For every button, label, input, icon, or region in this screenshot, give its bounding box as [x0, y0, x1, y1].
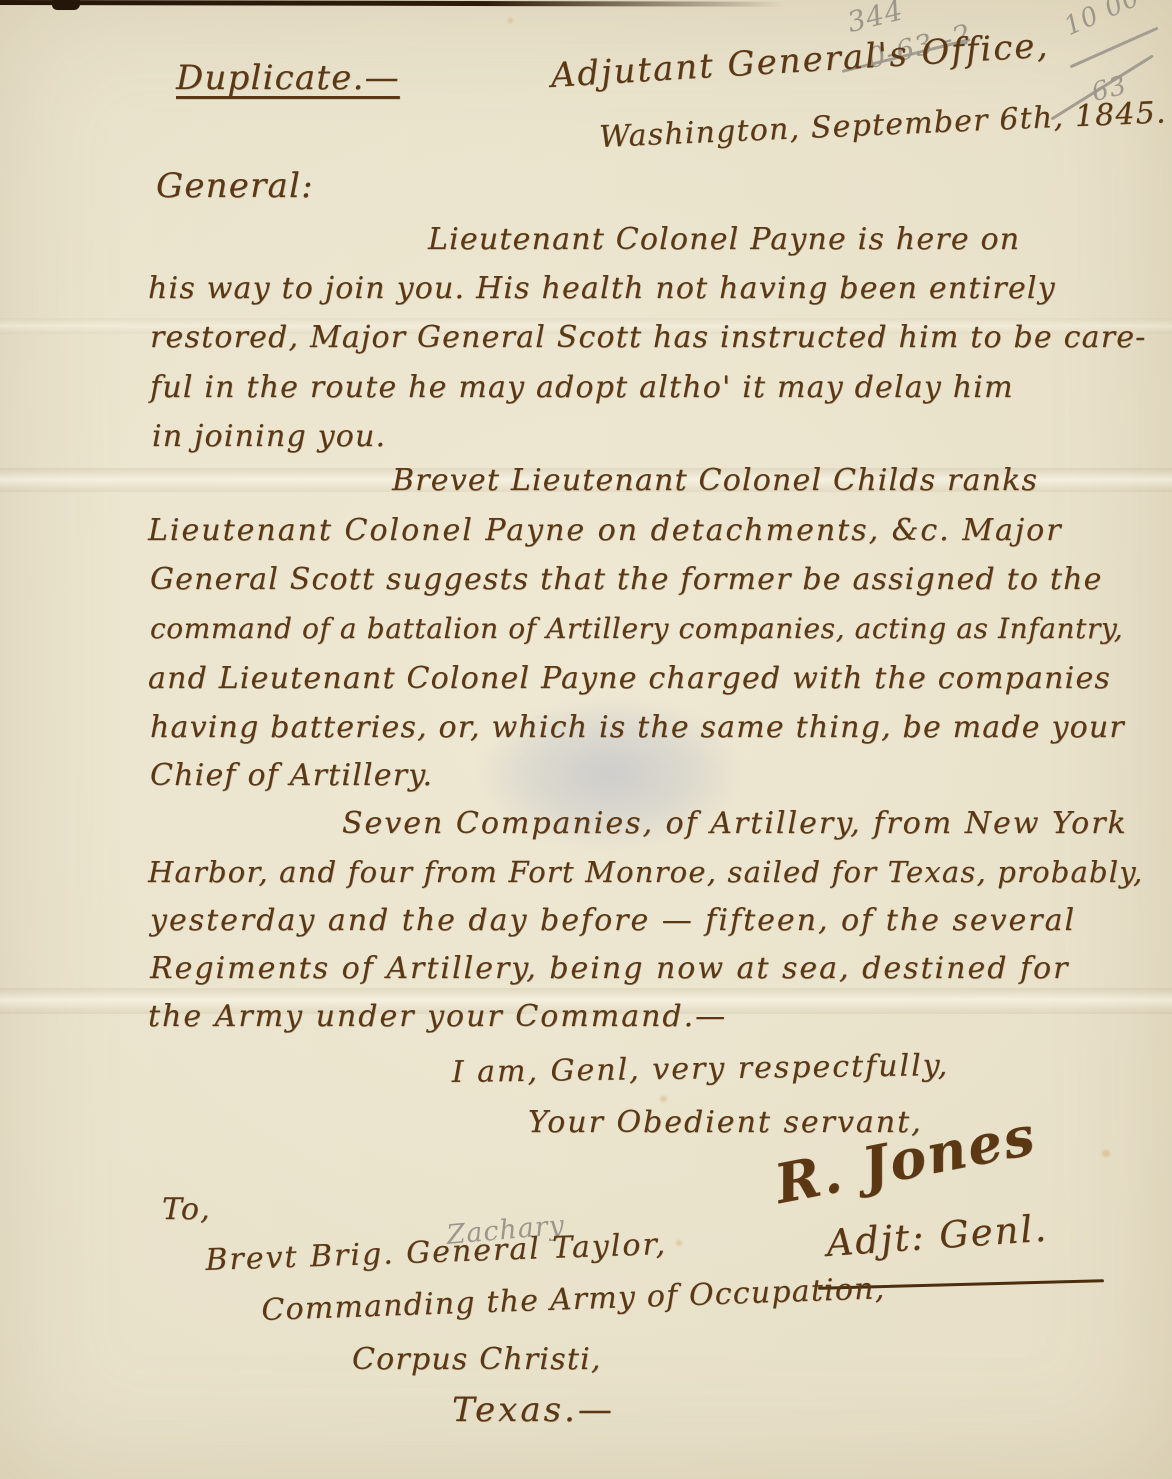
letter-line: command of a battalion of Artillery comp…	[150, 612, 1123, 645]
letter-line: Lieutenant Colonel Payne is here on	[428, 222, 1020, 257]
letter-line: Chief of Artillery.	[150, 758, 433, 793]
salutation: General:	[156, 166, 314, 206]
paper-stain	[508, 18, 513, 23]
dateline: Washington, September 6th, 1845.	[598, 95, 1167, 155]
address-line: Texas.—	[452, 1390, 615, 1430]
address-line: Brevt Brig. General Taylor,	[205, 1227, 668, 1278]
letter-line: Lieutenant Colonel Payne on detachments,…	[148, 513, 1063, 548]
pencil-catalog-numerator: 344	[844, 0, 907, 39]
letter-line: Seven Companies, of Artillery, from New …	[342, 806, 1128, 841]
address-line: Commanding the Army of Occupation,	[261, 1271, 886, 1328]
letter-page: 344 0-63 -2 10 00 63 Duplicate.— Adjutan…	[0, 0, 1172, 1479]
letter-line: yesterday and the day before — fifteen, …	[150, 903, 1076, 938]
letter-line: ful in the route he may adopt altho' it …	[150, 370, 1014, 405]
paper-stain	[1102, 1150, 1110, 1157]
address-line: Corpus Christi,	[352, 1342, 602, 1377]
scan-dark-edge	[0, 0, 810, 7]
letter-line: Regiments of Artillery, being now at sea…	[150, 951, 1069, 986]
scan-edge-notch	[52, 0, 80, 10]
letter-line: having batteries, or, which is the same …	[150, 710, 1125, 745]
letter-line: restored, Major General Scott has instru…	[150, 320, 1147, 355]
letter-line: in joining you.	[152, 419, 386, 454]
signature-title: Adjt: Genl.	[825, 1207, 1049, 1265]
letter-line: Brevet Lieutenant Colonel Childs ranks	[392, 463, 1038, 498]
letter-line: his way to join you. His health not havi…	[148, 271, 1056, 306]
letter-line: and Lieutenant Colonel Payne charged wit…	[148, 661, 1111, 696]
letter-line: Harbor, and four from Fort Monroe, saile…	[148, 855, 1143, 889]
paper-stain	[676, 1240, 682, 1246]
address-to: To,	[162, 1192, 211, 1227]
letter-line: General Scott suggests that the former b…	[150, 562, 1103, 597]
letter-line: the Army under your Command.—	[148, 999, 727, 1034]
office-line: Adjutant General's Office,	[550, 26, 1051, 96]
pencil-price-numerator: 10 00	[1060, 0, 1145, 42]
closing-respectfully: I am, Genl, very respectfully,	[452, 1048, 950, 1090]
copy-label: Duplicate.—	[176, 58, 400, 98]
paper-stain	[660, 1096, 667, 1102]
